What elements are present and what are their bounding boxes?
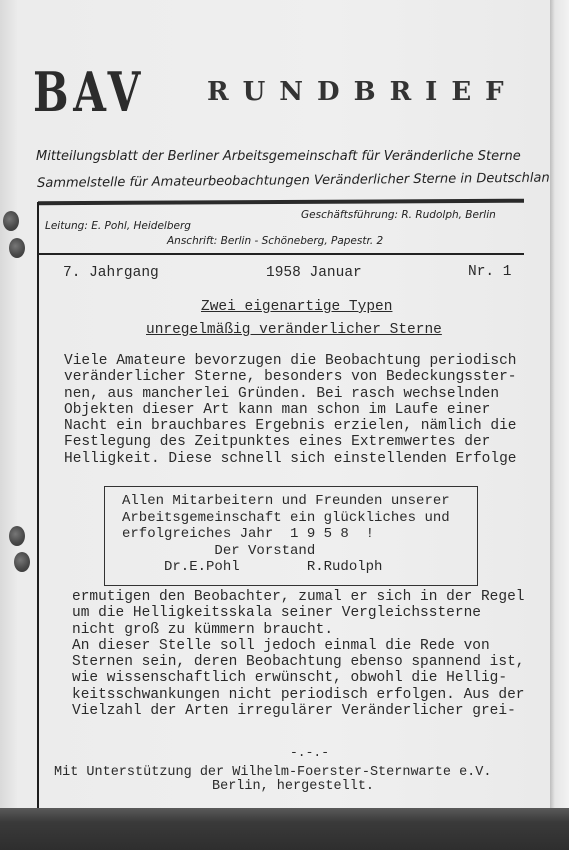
punch-hole [3,211,19,231]
article-paragraph-1: Viele Amateure bevorzugen die Beobachtun… [64,353,516,467]
punch-hole [14,552,30,572]
staff-leitung: Leitung: E. Pohl, Heidelberg [45,220,191,232]
masthead-logo: BAV [33,65,145,119]
article-paragraph-2: ermutigen den Beobachter, zumal er sich … [72,589,524,719]
article-title-line-1: Zwei eigenartige Typen [201,299,392,315]
frame-left-border [37,202,39,842]
staff-geschaeftsfuehrung: Geschäftsführung: R. Rudolph, Berlin [301,209,496,221]
document-page: BAV RUNDBRIEF Mitteilungsblatt der Berli… [0,0,550,808]
footer-line-2: Berlin, hergestellt. [212,779,374,795]
scanner-background [0,808,569,850]
article-title-line-2: unregelmäßig veränderlicher Sterne [146,322,442,338]
header-rule [38,253,524,255]
staff-anschrift: Anschrift: Berlin - Schöneberg, Papestr.… [167,235,383,247]
section-separator: -.-.- [290,745,329,761]
masthead-title: RUNDBRIEF [207,79,518,105]
issue-date: 1958 Januar [266,265,362,281]
new-year-notice-text: Allen Mitarbeitern und Freunden unserer … [122,493,450,576]
punch-hole [9,238,25,258]
page-edge [550,0,569,808]
masthead-subtitle-2: Sammelstelle für Amateurbeobachtungen Ve… [37,171,558,191]
masthead-subtitle-1: Mitteilungsblatt der Berliner Arbeitsgem… [36,149,521,164]
issue-number: Nr. 1 [468,264,512,280]
masthead-rule [38,199,524,206]
punch-hole [9,526,25,546]
issue-volume: 7. Jahrgang [63,265,159,281]
